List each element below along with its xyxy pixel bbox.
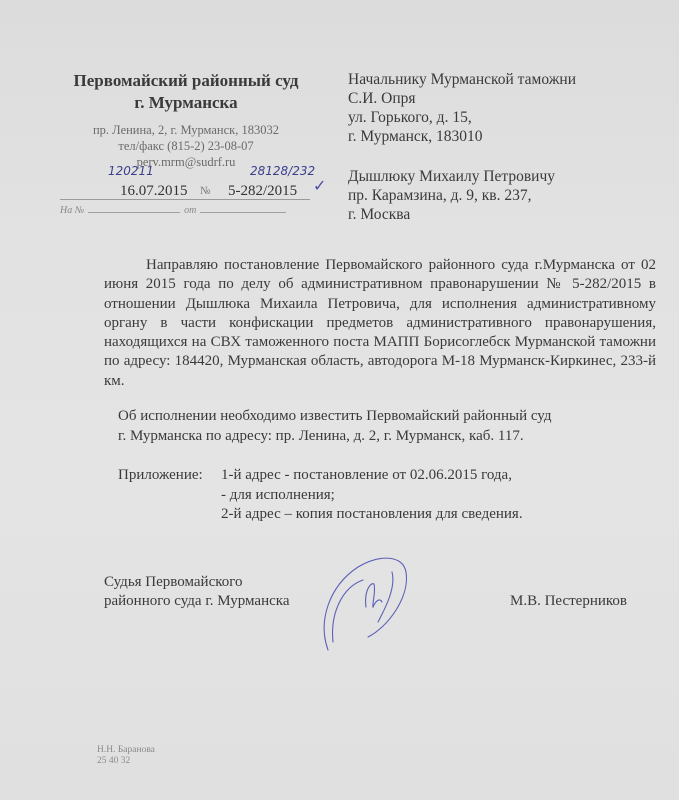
court-name-line2: г. Мурманска [52,92,320,114]
recipient-line: пр. Карамзина, д. 9, кв. 237, [348,186,555,205]
court-address: пр. Ленина, 2, г. Мурманск, 183032 [52,122,320,138]
notify-line2: г. Мурманска по адресу: пр. Ленина, д. 2… [118,427,638,447]
signature-icon [318,552,413,652]
recipient-line: ул. Горького, д. 15, [348,108,576,127]
notification-instruction: Об исполнении необходимо известить Перво… [118,407,638,446]
signatory-title: Судья Первомайского районного суда г. Му… [104,573,289,611]
check-mark-icon: ✓ [313,176,326,196]
court-contacts: пр. Ленина, 2, г. Мурманск, 183032 тел/ф… [52,122,320,170]
reply-from-blank [200,212,286,213]
executor-name: Н.Н. Баранова [97,745,155,756]
recipient-line: г. Мурманск, 183010 [348,127,576,146]
signatory-title-line1: Судья Первомайского [104,573,289,592]
number-label: № [200,185,211,197]
court-name-line1: Первомайский районный суд [52,70,320,92]
case-number: 5-282/2015 [228,183,297,200]
recipient-line: г. Москва [348,205,555,224]
court-name: Первомайский районный суд г. Мурманска [52,70,320,114]
recipient-line: Дышлюку Михаилу Петровичу [348,167,555,186]
notify-line1: Об исполнении необходимо известить Перво… [118,407,638,427]
letter-body: Направляю постановление Первомайского ра… [104,256,656,391]
attachments: Приложение: 1-й адрес - постановление от… [118,466,523,525]
registration-line: 16.07.2015 № 5-282/2015 [60,183,310,200]
recipient-person: Дышлюку Михаилу Петровичу пр. Карамзина,… [348,167,555,224]
reply-to-label: На № [60,205,84,216]
executor-info: Н.Н. Баранова 25 40 32 [97,745,155,767]
court-phone: тел/факс (815-2) 23-08-07 [52,138,320,154]
attachment-item: 1-й адрес - постановление от 02.06.2015 … [221,466,512,486]
attachment-item: 2-й адрес – копия постановления для свед… [221,505,523,525]
executor-phone: 25 40 32 [97,756,155,767]
attachment-label: Приложение: [118,466,221,486]
attachment-item: - для исполнения; [221,486,335,506]
signatory-title-line2: районного суда г. Мурманска [104,592,289,611]
recipient-line: Начальнику Мурманской таможни [348,70,576,89]
recipient-line: С.И. Опря [348,89,576,108]
signatory-name: М.В. Пестерников [510,593,627,610]
body-paragraph: Направляю постановление Первомайского ра… [104,256,656,391]
outgoing-date: 16.07.2015 [120,183,188,200]
reply-to-blank [88,212,180,213]
reply-from-label: от [184,205,196,216]
handwritten-registration-number: 28128/232 [250,164,315,178]
recipient-customs: Начальнику Мурманской таможни С.И. Опря … [348,70,576,146]
handwritten-incoming-number: 120211 [108,164,154,178]
reply-reference-line: На №от [60,205,310,216]
handwritten-signature [318,552,413,657]
